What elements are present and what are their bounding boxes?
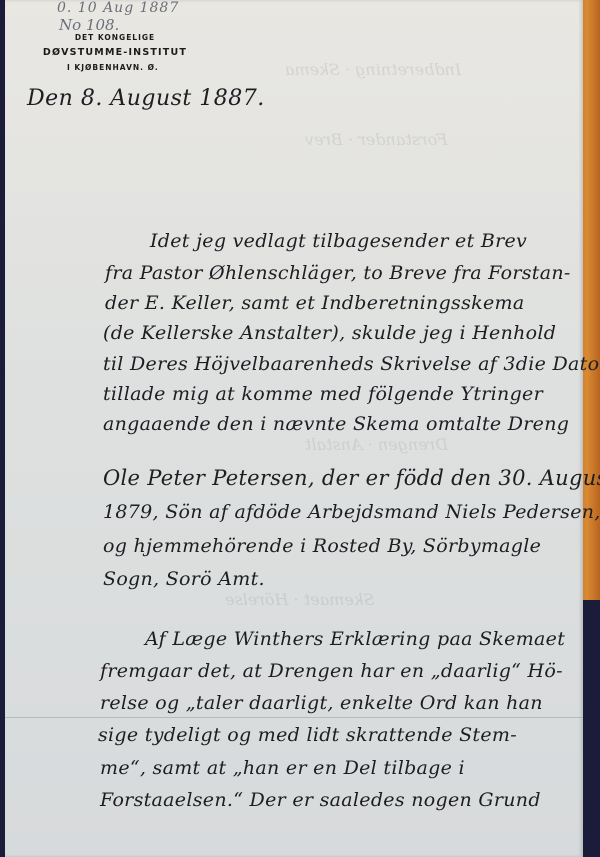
letterhead: DET KONGELIGE DØVSTUMME-INSTITUT I KJØBE…: [35, 33, 195, 72]
letterhead-line-1: DET KONGELIGE: [35, 33, 195, 42]
paragraph-3-line: Af Læge Winthers Erklæring paa Skemaet: [145, 628, 565, 650]
letterhead-city: I KJØBENHAVN. Ø.: [35, 63, 195, 72]
bleed-through-text: Indberetning · Skema: [285, 60, 461, 79]
paragraph-1-line: angaaende den i nævnte Skema omtalte Dre…: [103, 413, 569, 435]
paragraph-2-line: Ole Peter Petersen, der er född den 30. …: [103, 466, 600, 490]
paragraph-2-line: Sogn, Sorö Amt.: [103, 568, 265, 590]
paragraph-1-line: fra Pastor Øhlenschläger, to Breve fra F…: [105, 262, 571, 284]
paragraph-3-line: me“, samt at „han er en Del tilbage i: [100, 757, 465, 779]
letterhead-institution: DØVSTUMME-INSTITUT: [35, 47, 195, 58]
paragraph-2-line: 1879, Sön af afdöde Arbejdsmand Niels Pe…: [103, 501, 600, 523]
paragraph-3-line: relse og „taler daarligt, enkelte Ord ka…: [100, 692, 543, 714]
bleed-through-text: Forstander · Brev: [305, 130, 448, 149]
paragraph-1-line: til Deres Höjvelbaarenheds Skrivelse af …: [103, 353, 599, 375]
bleed-through-text: Skemaet · Hörelse: [225, 590, 375, 609]
pencil-annotation-date: 0. 10 Aug 1887: [57, 0, 179, 16]
letter-sheet: Indberetning · Skema Forstander · Brev D…: [5, 0, 583, 857]
paragraph-3-line: fremgaar det, at Drengen har en „daarlig…: [100, 660, 563, 682]
paragraph-3-line: Forstaaelsen.“ Der er saaledes nogen Gru…: [100, 789, 541, 811]
paragraph-1-line: Idet jeg vedlagt tilbagesender et Brev: [150, 230, 527, 252]
paragraph-1-line: (de Kellerske Anstalter), skulde jeg i H…: [103, 322, 556, 344]
letter-date: Den 8. August 1887.: [27, 86, 265, 111]
pencil-annotation-number: No 108.: [59, 16, 119, 34]
paragraph-1-line: der E. Keller, samt et Indberetningsskem…: [105, 292, 524, 314]
paragraph-2-line: og hjemmehörende i Rosted By, Sörbymagle: [103, 535, 541, 557]
scan-frame: Indberetning · Skema Forstander · Brev D…: [0, 0, 600, 857]
bleed-through-text: Drengen · Anstalt: [305, 435, 448, 454]
paragraph-3-line: sige tydeligt og med lidt skrattende Ste…: [98, 724, 517, 746]
paragraph-1-line: tillade mig at komme med fölgende Ytring…: [103, 383, 543, 405]
